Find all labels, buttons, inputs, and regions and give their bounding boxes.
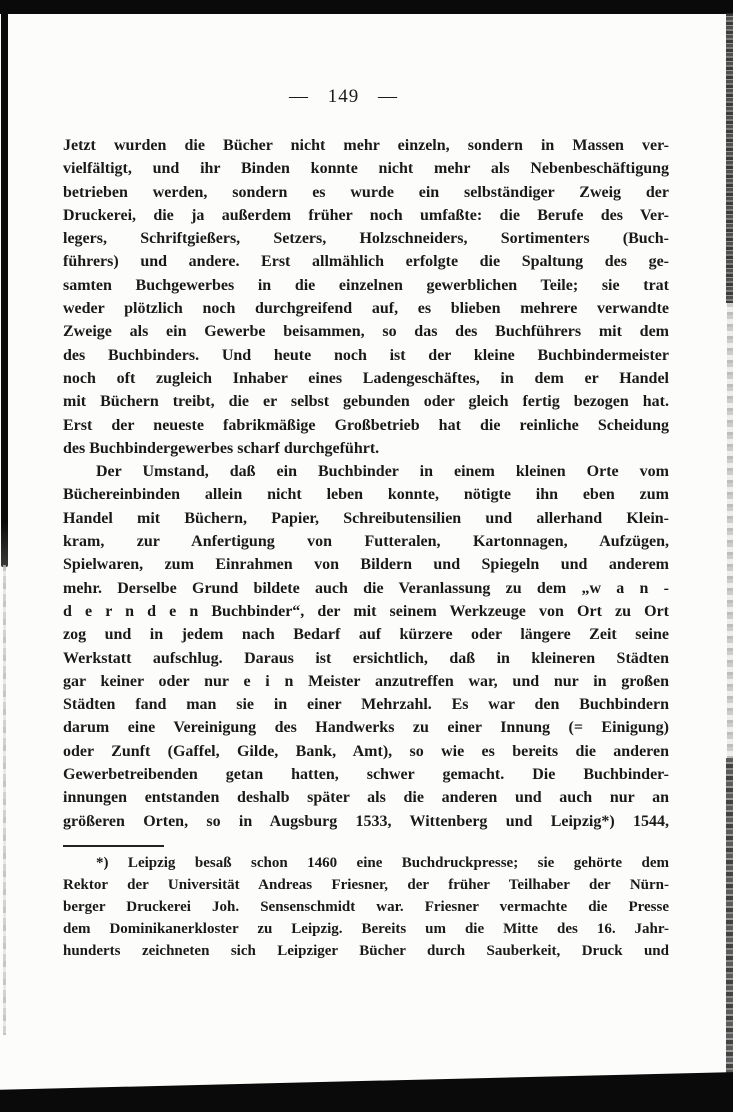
text-line: innungen entstanden deshalb später als d… xyxy=(63,786,669,809)
scan-border-top xyxy=(0,0,733,14)
text-line: Werkstatt aufschlug. Daraus ist ersichtl… xyxy=(63,647,669,670)
text-line: größeren Orten, so in Augsburg 1533, Wit… xyxy=(63,810,669,833)
text-line: legers, Schriftgießers, Setzers, Holzsch… xyxy=(63,227,669,250)
body-text: Jetzt wurden die Bücher nicht mehr einze… xyxy=(63,134,669,833)
text-line: kram, zur Anfertigung von Futteralen, Ka… xyxy=(63,530,669,553)
scan-edge-right-top xyxy=(726,13,733,303)
text-line: mehr. Derselbe Grund bildete auch die Ve… xyxy=(63,577,669,600)
text-line: Jetzt wurden die Bücher nicht mehr einze… xyxy=(63,134,669,157)
text-line: Städten fand man sie in einer Mehrzahl. … xyxy=(63,693,669,716)
text-line: des Buchbindergewerbes scharf durchgefüh… xyxy=(63,437,669,460)
text-line: Druckerei, die ja außerdem früher noch u… xyxy=(63,204,669,227)
text-line: Erst der neueste fabrikmäßige Großbetrie… xyxy=(63,414,669,437)
footnote-rule xyxy=(63,845,164,847)
paragraph: Jetzt wurden die Bücher nicht mehr einze… xyxy=(63,134,669,460)
text-line: zog und in jedem nach Bedarf auf kürzere… xyxy=(63,623,669,646)
text-line: Zweige als ein Gewerbe beisammen, so das… xyxy=(63,320,669,343)
text-line: Handel mit Büchern, Papier, Schreibutens… xyxy=(63,507,669,530)
text-line: noch oft zugleich Inhaber eines Ladenges… xyxy=(63,367,669,390)
scan-edge-right-bottom xyxy=(726,758,733,1074)
footnote: *) Leipzig besaß schon 1460 eine Buchdru… xyxy=(63,853,669,963)
text-line: mit Büchern treibt, die er selbst gebund… xyxy=(63,390,669,413)
text-line: hunderts zeichneten sich Leipziger Büche… xyxy=(63,941,669,963)
text-line: weder plötzlich noch durchgreifend auf, … xyxy=(63,297,669,320)
paragraph: Der Umstand, daß ein Buchbinder in einem… xyxy=(63,460,669,833)
text-line: des Buchbinders. Und heute noch ist der … xyxy=(63,344,669,367)
text-line: oder Zunft (Gaffel, Gilde, Bank, Amt), s… xyxy=(63,740,669,763)
page-number: — 149 — xyxy=(0,86,710,108)
text-line: Spielwaren, zum Einrahmen von Bildern un… xyxy=(63,553,669,576)
text-line: vielfältigt, und ihr Binden konnte nicht… xyxy=(63,157,669,180)
text-line: Büchereinbinden allein nicht leben konnt… xyxy=(63,483,669,506)
text-line: *) Leipzig besaß schon 1460 eine Buchdru… xyxy=(63,853,669,875)
text-line: führers) und andere. Erst allmählich erf… xyxy=(63,250,669,273)
book-page-scan: — 149 — Jetzt wurden die Bücher nicht me… xyxy=(0,0,733,1112)
text-line: betrieben werden, sondern es wurde ein s… xyxy=(63,181,669,204)
scan-edge-right-middle xyxy=(727,303,733,758)
text-line: berger Druckerei Joh. Sensenschmidt war.… xyxy=(63,897,669,919)
text-line: samten Buchgewerbes in die einzelnen gew… xyxy=(63,274,669,297)
text-line: Gewerbetreibenden getan hatten, schwer g… xyxy=(63,763,669,786)
text-line: gar keiner oder nur e i n Meister anzutr… xyxy=(63,670,669,693)
text-line: Der Umstand, daß ein Buchbinder in einem… xyxy=(63,460,669,483)
text-line: Rektor der Universität Andreas Friesner,… xyxy=(63,875,669,897)
text-line: d e r n d e n Buchbinder“, der mit seine… xyxy=(63,600,669,623)
scan-border-left-faint xyxy=(3,565,6,1035)
text-line: dem Dominikanerkloster zu Leipzig. Berei… xyxy=(63,919,669,941)
scan-border-bottom xyxy=(0,1055,733,1112)
text-line: darum eine Vereinigung des Handwerks zu … xyxy=(63,716,669,739)
